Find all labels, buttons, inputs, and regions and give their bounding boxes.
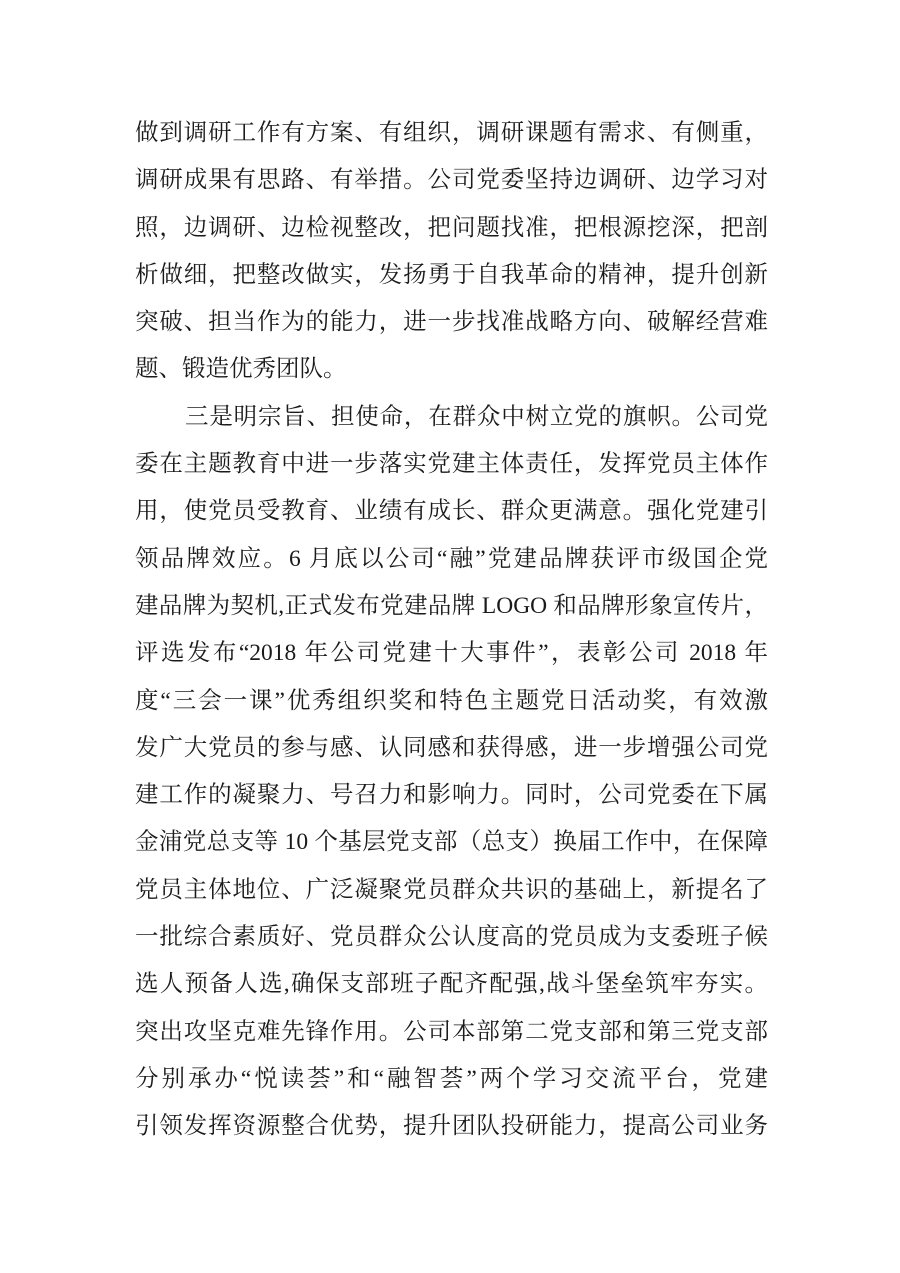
text-line: 做到调研工作有方案、有组织，调研课题有需求、有侧重， [135,110,768,157]
text-line: 委在主题教育中进一步落实党建主体责任，发挥党员主体作 [135,441,768,488]
text-line: 引领发挥资源整合优势，提升团队投研能力，提高公司业务 [135,1103,768,1150]
text-line: 一批综合素质好、党员群众公认度高的党员成为支委班子候 [135,914,768,961]
text-line: 突破、担当作为的能力，进一步找准战略方向、破解经营难 [135,299,768,346]
text-line: 照，边调研、边检视整改，把问题找准，把根源挖深，把剖 [135,205,768,252]
text-line: 度“三会一课”优秀组织奖和特色主题党日活动奖，有效激 [135,678,768,725]
text-line: 党员主体地位、广泛凝聚党员群众共识的基础上，新提名了 [135,867,768,914]
text-line: 选人预备人选,确保支部班子配齐配强,战斗堡垒筑牢夯实。 [135,961,768,1008]
text-line: 析做细，把整改做实，发扬勇于自我革命的精神，提升创新 [135,252,768,299]
text-line: 分别承办“悦读荟”和“融智荟”两个学习交流平台，党建 [135,1056,768,1103]
text-line: 三是明宗旨、担使命，在群众中树立党的旗帜。公司党 [135,394,768,441]
text-line: 发广大党员的参与感、认同感和获得感，进一步增强公司党 [135,725,768,772]
document-page: 做到调研工作有方案、有组织，调研课题有需求、有侧重，调研成果有思路、有举措。公司… [0,0,900,1273]
text-line: 调研成果有思路、有举措。公司党委坚持边调研、边学习对 [135,157,768,204]
text-line: 评选发布“2018 年公司党建十大事件”，表彰公司 2018 年 [135,630,768,677]
text-line: 用，使党员受教育、业绩有成长、群众更满意。强化党建引 [135,488,768,535]
text-line: 建品牌为契机,正式发布党建品牌 LOGO 和品牌形象宣传片， [135,583,768,630]
text-block: 做到调研工作有方案、有组织，调研课题有需求、有侧重，调研成果有思路、有举措。公司… [135,110,768,1151]
text-line: 金浦党总支等 10 个基层党支部（总支）换届工作中，在保障 [135,819,768,866]
text-line: 建工作的凝聚力、号召力和影响力。同时，公司党委在下属 [135,772,768,819]
text-line: 突出攻坚克难先锋作用。公司本部第二党支部和第三党支部 [135,1009,768,1056]
text-line: 领品牌效应。6 月底以公司“融”党建品牌获评市级国企党 [135,536,768,583]
text-line: 题、锻造优秀团队。 [135,346,768,393]
